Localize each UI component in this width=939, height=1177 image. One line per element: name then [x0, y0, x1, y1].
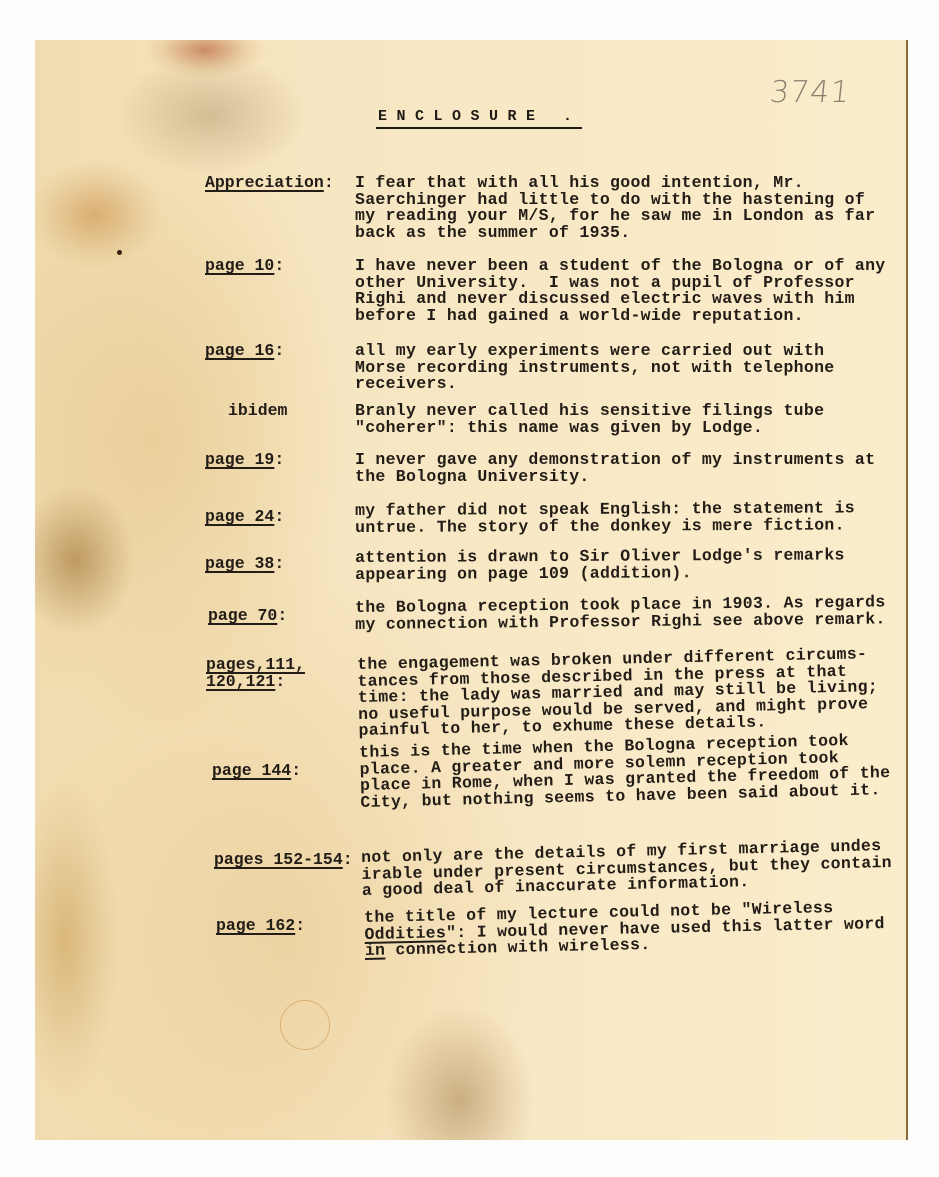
- entry-text: I fear that with all his good intention,…: [355, 175, 875, 241]
- entry-page-reference: pages 152-154:: [214, 852, 353, 869]
- stain-ring: [280, 1000, 330, 1050]
- entry-text: this is the time when the Bologna recept…: [359, 732, 891, 811]
- entry-page-reference: page 144:: [212, 763, 301, 780]
- entry-page-reference: page 19:: [205, 452, 284, 469]
- entry-page-reference: ibidem: [228, 403, 287, 420]
- entry-text-line: before I had gained a world-wide reputat…: [355, 308, 885, 325]
- entry-text-line: "coherer": this name was given by Lodge.: [355, 420, 824, 437]
- entry-text-line: back as the summer of 1935.: [355, 225, 875, 242]
- entry-text-line: receivers.: [355, 376, 834, 393]
- entry-page-reference: Appreciation:: [205, 175, 334, 192]
- entry-text: the engagement was broken under differen…: [357, 646, 879, 739]
- entry-page-reference: page 10:: [205, 258, 284, 275]
- entry-page-reference: page 70:: [208, 608, 287, 625]
- stain-dot: [117, 250, 122, 255]
- entry-text: I have never been a student of the Bolog…: [355, 258, 885, 324]
- entry-text-line: the Bologna University.: [355, 469, 875, 486]
- entry-page-reference: page 162:: [216, 918, 305, 935]
- entry-text: all my early experiments were carried ou…: [355, 343, 834, 393]
- entry-text: my father did not speak English: the sta…: [355, 500, 855, 536]
- entry-page-reference: page 16:: [205, 343, 284, 360]
- entry-text: attention is drawn to Sir Oliver Lodge's…: [355, 547, 845, 583]
- entry-text: I never gave any demonstration of my ins…: [355, 452, 875, 485]
- entry-page-reference: page 38:: [205, 556, 284, 573]
- entry-page-reference: page 24:: [205, 509, 284, 526]
- entry-text-line: untrue. The story of the donkey is mere …: [355, 517, 855, 536]
- entry-text: the Bologna reception took place in 1903…: [355, 594, 886, 633]
- document-title: ENCLOSURE .: [376, 108, 582, 129]
- entry-text: Branly never called his sensitive filing…: [355, 403, 824, 436]
- archive-number: 3741: [768, 75, 852, 110]
- entry-page-reference: pages,111,120,121:: [206, 657, 305, 690]
- entry-text-line: appearing on page 109 (addition).: [355, 564, 845, 583]
